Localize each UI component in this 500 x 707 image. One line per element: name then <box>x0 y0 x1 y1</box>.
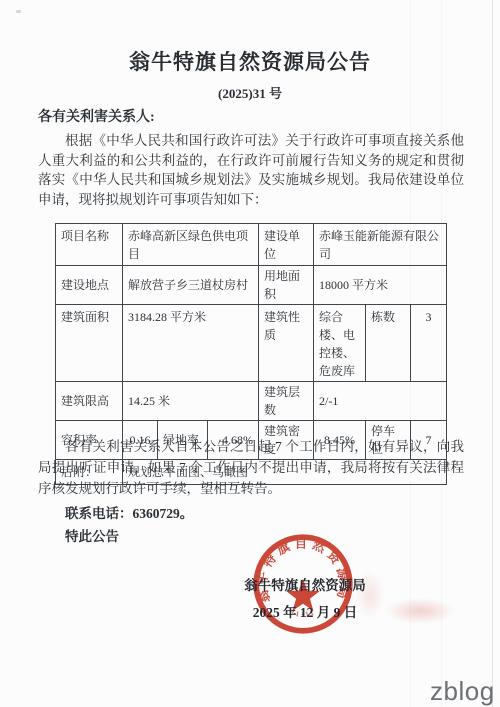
table-row: 建筑限高 14.25 米 建筑层数 2/-1 <box>56 382 447 421</box>
table-cell-value: 解放营子乡三道杖房村 <box>123 266 259 305</box>
table-cell-label: 建设单位 <box>259 224 314 266</box>
notice-line: 特此公告 <box>65 525 119 545</box>
table-cell-label: 建筑限高 <box>56 382 123 421</box>
site-watermark: zblog <box>430 676 495 707</box>
table-cell-label: 建设地点 <box>56 266 123 305</box>
table-cell-value: 3184.28 平方米 <box>123 305 259 382</box>
table-cell-label: 项目名称 <box>56 224 123 266</box>
table-cell-value: 3 <box>411 305 447 382</box>
table-cell-value: 18000 平方米 <box>314 266 447 305</box>
announcement-document: 翁牛特旗自然资源局公告 (2025)31 号 各有关利害关系人: 根据《中华人民… <box>0 0 500 707</box>
table-cell-label: 用地面积 <box>259 266 314 305</box>
scan-edge-line <box>492 0 493 707</box>
table-cell-value: 综合楼、电控楼、危废库 <box>314 305 366 382</box>
table-cell-label: 建筑层数 <box>259 382 314 421</box>
page-title: 翁牛特旗自然资源局公告 <box>0 46 500 76</box>
table-cell-label: 建筑性质 <box>259 305 314 382</box>
table-row: 建筑面积 3184.28 平方米 建筑性质 综合楼、电控楼、危废库 栋数 3 <box>56 305 447 382</box>
salutation: 各有关利害关系人: <box>38 106 155 126</box>
signature-date: 2025 年 12 月 9 日 <box>225 601 385 621</box>
table-cell-label: 栋数 <box>366 305 411 382</box>
intro-paragraph: 根据《中华人民共和国行政许可法》关于行政许可事项直接关系他人重大利益的和公共利益… <box>38 131 464 210</box>
seal-ink-smudge <box>385 598 455 624</box>
table-cell-value: 赤峰高新区绿色供电项目 <box>123 224 259 266</box>
table-cell-value: 2/-1 <box>314 382 447 421</box>
closing-paragraph: 各有关利害关系人自本公告之日起 7 个工作日内，如有异议，向我局提出听证申请，如… <box>38 436 464 499</box>
contact-phone: 联系电话：6360729。 <box>65 502 193 522</box>
scan-speck <box>16 10 21 13</box>
doc-number: (2025)31 号 <box>0 83 500 102</box>
table-row: 项目名称 赤峰高新区绿色供电项目 建设单位 赤峰玉能新能源有限公司 <box>56 224 447 266</box>
signature-agency: 翁牛特旗自然资源局 <box>225 574 385 594</box>
table-row: 建设地点 解放营子乡三道杖房村 用地面积 18000 平方米 <box>56 266 447 305</box>
table-cell-value: 14.25 米 <box>123 382 259 421</box>
table-cell-value: 赤峰玉能新能源有限公司 <box>314 224 447 266</box>
table-cell-label: 建筑面积 <box>56 305 123 382</box>
